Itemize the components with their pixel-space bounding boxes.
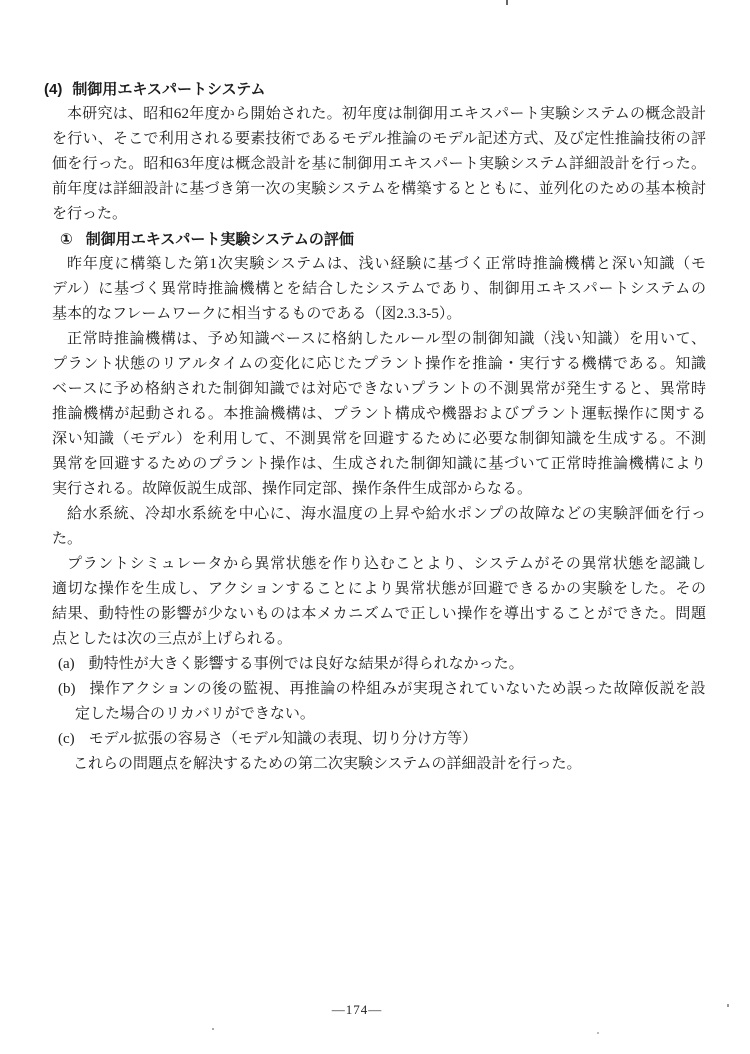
line-text: 操作アクションの後の監視、再推論の枠組みが実現されていないため誤った故障仮説を設 (90, 677, 706, 702)
text-line: を行い、そこで利用される要素技術であるモデル推論のモデル記述方式、及び定性推論技… (52, 127, 706, 152)
text-line: た。 (52, 527, 706, 552)
item-marker: (b) (58, 677, 76, 702)
line-text: 正常時推論機構は、予め知識ベースに格納したルール型の制御知識（浅い知識）を用いて… (67, 327, 707, 352)
line-text: プラント状態のリアルタイムの変化に応じたプラント操作を推論・実行する機構である。… (52, 352, 707, 377)
text-line: 昨年度に構築した第1次実験システムは、浅い経験に基づく正常時推論機構と深い知識（… (52, 252, 706, 277)
line-text: モデル拡張の容易さ（モデル知識の表現、切り分け方等） (89, 727, 478, 752)
line-text: 適切な操作を生成し、アクションすることにより異常状態が回避できるかの実験をした。… (52, 577, 707, 602)
line-text: ベースに予め格納された制御知識では対応できないプラントの不測異常が発生すると、異… (52, 377, 707, 402)
line-text: 昨年度に構築した第1次実験システムは、浅い経験に基づく正常時推論機構と深い知識（… (67, 252, 707, 277)
line-text: 定した場合のリカバリができない。 (75, 702, 315, 727)
section-heading: (4)制御用エキスパートシステム (44, 77, 706, 102)
subsection-heading: ①制御用エキスパート実験システムの評価 (60, 227, 706, 252)
text-line: 点としたは次の三点が上げられる。 (52, 627, 706, 652)
document-text-block: (4)制御用エキスパートシステム本研究は、昭和62年度から開始された。初年度は制… (52, 77, 706, 777)
line-text: 制御用エキスパート実験システムの評価 (86, 227, 354, 252)
line-text: 前年度は詳細設計に基づき第一次の実験システムを構築するとともに、並列化のための基… (52, 177, 706, 202)
line-text: 制御用エキスパートシステム (72, 77, 265, 102)
text-line: プラント状態のリアルタイムの変化に応じたプラント操作を推論・実行する機構である。… (52, 352, 706, 377)
line-text: これらの問題点を解決するための第二次実験システムの詳細設計を行った。 (73, 752, 582, 777)
line-text: 実行される。故障仮説生成部、操作同定部、操作条件生成部からなる。 (52, 477, 532, 502)
text-line: 異常を回避するためのプラント操作は、生成された制御知識に基づいて正常時推論機構に… (52, 452, 706, 477)
item-marker: (4) (44, 77, 62, 102)
line-text: 本研究は、昭和62年度から開始された。初年度は制御用エキスパート実験システムの概… (67, 102, 706, 127)
list-item: (c)モデル拡張の容易さ（モデル知識の表現、切り分け方等） (58, 727, 706, 752)
text-line: 結果、動特性の影響が少ないものは本メカニズムで正しい操作を導出することができた。… (52, 602, 706, 627)
text-line: 給水系統、冷却水系統を中心に、海水温度の上昇や給水ポンプの故障などの実験評価を行… (52, 502, 706, 527)
text-line: 深い知識（モデル）を利用して、不測異常を回避するために必要な制御知識を生成する。… (52, 427, 706, 452)
scan-speck (506, 0, 508, 5)
scan-speck (597, 1032, 599, 1034)
text-line: 価を行った。昭和63年度は概念設計を基に制御用エキスパート実験システム詳細設計を… (52, 152, 706, 177)
line-text: 価を行った。昭和63年度は概念設計を基に制御用エキスパート実験システム詳細設計を… (52, 152, 706, 177)
scanned-document-page: (4)制御用エキスパートシステム本研究は、昭和62年度から開始された。初年度は制… (0, 0, 750, 1054)
line-text: 動特性が大きく影響する事例では良好な結果が得られなかった。 (89, 652, 524, 677)
line-text: デル）に基づく異常時推論機構とを結合したシステムであり、制御用エキスパートシステ… (52, 277, 707, 302)
list-item: (b)操作アクションの後の監視、再推論の枠組みが実現されていないため誤った故障仮… (58, 677, 706, 702)
scan-speck (212, 1028, 214, 1030)
text-line: これらの問題点を解決するための第二次実験システムの詳細設計を行った。 (52, 752, 706, 777)
line-text: 点としたは次の三点が上げられる。 (52, 627, 292, 652)
line-text: 給水系統、冷却水系統を中心に、海水温度の上昇や給水ポンプの故障などの実験評価を行… (67, 502, 707, 527)
text-line: プラントシミュレータから異常状態を作り込むことより、システムがその異常状態を認識… (52, 552, 706, 577)
text-line: 定した場合のリカバリができない。 (52, 702, 706, 727)
text-line: 前年度は詳細設計に基づき第一次の実験システムを構築するとともに、並列化のための基… (52, 177, 706, 202)
line-text: 基本的なフレームワークに相当するものである（図2.3.3-5）。 (52, 302, 461, 327)
list-item: (a)動特性が大きく影響する事例では良好な結果が得られなかった。 (58, 652, 706, 677)
text-line: 正常時推論機構は、予め知識ベースに格納したルール型の制御知識（浅い知識）を用いて… (52, 327, 706, 352)
text-line: 基本的なフレームワークに相当するものである（図2.3.3-5）。 (52, 302, 706, 327)
text-line: 本研究は、昭和62年度から開始された。初年度は制御用エキスパート実験システムの概… (52, 102, 706, 127)
line-text: た。 (52, 527, 82, 552)
text-line: を行った。 (52, 202, 706, 227)
line-text: を行った。 (52, 202, 127, 227)
text-line: ベースに予め格納された制御知識では対応できないプラントの不測異常が発生すると、異… (52, 377, 706, 402)
line-text: を行い、そこで利用される要素技術であるモデル推論のモデル記述方式、及び定性推論技… (52, 127, 706, 152)
line-text: 結果、動特性の影響が少ないものは本メカニズムで正しい操作を導出することができた。… (52, 602, 707, 627)
text-line: 推論機構が起動される。本推論機構は、プラント構成や機器およびプラント運転操作に関… (52, 402, 706, 427)
text-line: デル）に基づく異常時推論機構とを結合したシステムであり、制御用エキスパートシステ… (52, 277, 706, 302)
line-text: 異常を回避するためのプラント操作は、生成された制御知識に基づいて正常時推論機構に… (52, 452, 707, 477)
line-text: 深い知識（モデル）を利用して、不測異常を回避するために必要な制御知識を生成する。… (52, 427, 707, 452)
text-line: 実行される。故障仮説生成部、操作同定部、操作条件生成部からなる。 (52, 477, 706, 502)
text-line: 適切な操作を生成し、アクションすることにより異常状態が回避できるかの実験をした。… (52, 577, 706, 602)
item-marker: (c) (58, 727, 75, 752)
line-text: 推論機構が起動される。本推論機構は、プラント構成や機器およびプラント運転操作に関… (52, 402, 707, 427)
page-number: —174— (282, 1002, 432, 1018)
item-marker: ① (60, 227, 73, 252)
line-text: プラントシミュレータから異常状態を作り込むことより、システムがその異常状態を認識… (67, 552, 707, 577)
item-marker: (a) (58, 652, 75, 677)
scan-speck (727, 1004, 729, 1007)
